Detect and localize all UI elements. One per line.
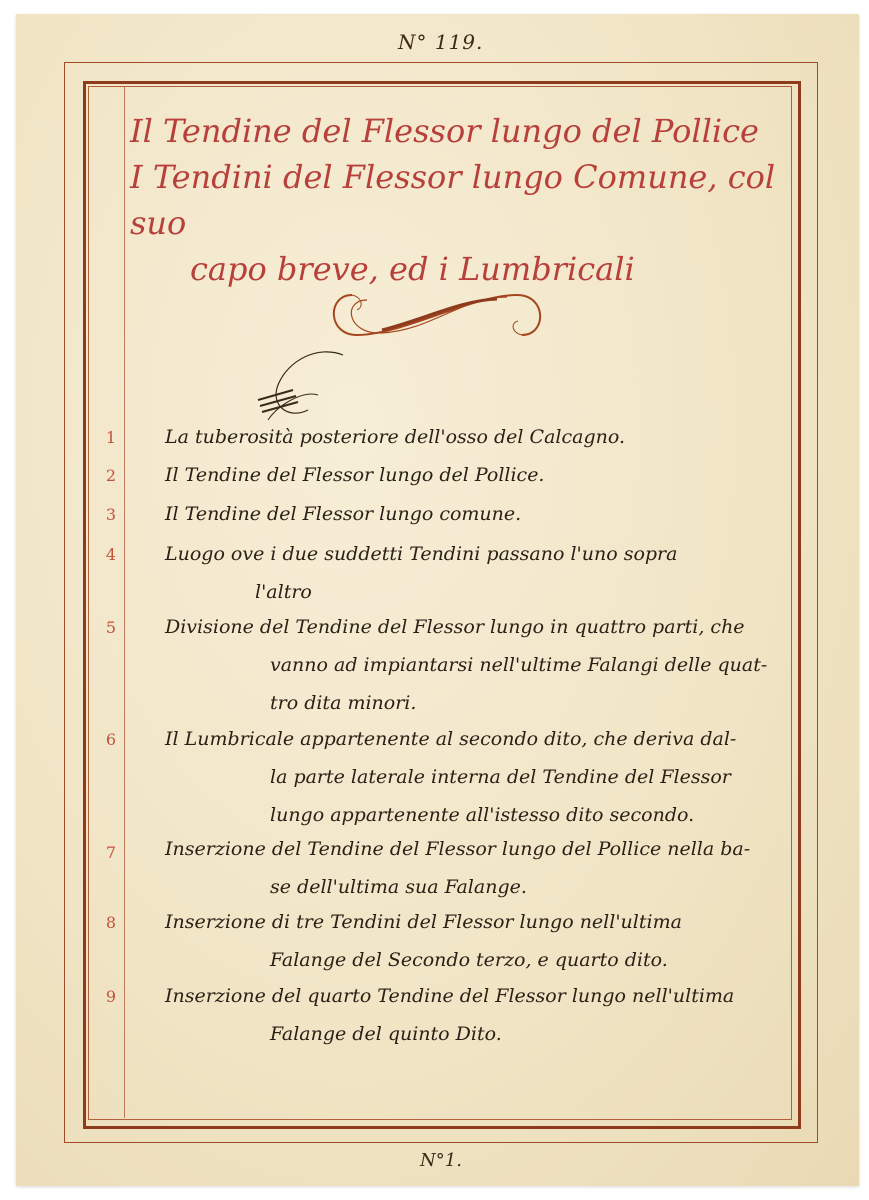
entry-text: Inserzione di tre Tendini del Flessor lu… [165,911,682,933]
entry-number: 7 [100,843,122,862]
list-item: Il Tendine del Flessor lungo del Pollice… [165,456,785,494]
entry-number: 2 [100,466,122,485]
entry-text-continuation: Falange del quinto Dito. [165,1015,785,1053]
entry-text: Luogo ove i due suddetti Tendini passano… [165,543,677,565]
entry-number: 6 [100,730,122,749]
entry-number: 4 [100,545,122,564]
entry-number: 1 [100,428,122,447]
entry-text-continuation: Falange del Secondo terzo, e quarto dito… [165,941,785,979]
entry-text: La tuberosità posteriore dell'osso del C… [165,426,625,448]
entry-text: Il Lumbricale appartenente al secondo di… [165,728,736,750]
margin-rule [124,87,125,1118]
list-item: Inserzione di tre Tendini del Flessor lu… [165,903,785,979]
title-line-2: I Tendini del Flessor lungo Comune, col … [130,154,790,246]
entry-text-continuation: tro dita minori. [165,684,785,722]
entry-text: Divisione del Tendine del Flessor lungo … [165,616,745,638]
entry-text-continuation: l'altro [165,573,785,611]
entry-text: Inserzione del Tendine del Flessor lungo… [165,838,750,860]
list-item: Luogo ove i due suddetti Tendini passano… [165,535,785,611]
list-item: Inserzione del quarto Tendine del Flesso… [165,977,785,1053]
calligraphic-flourish-icon [322,285,552,345]
list-item: Divisione del Tendine del Flessor lungo … [165,608,785,722]
folio-number-bottom: N°1. [420,1150,462,1171]
entry-text-continuation: lungo appartenente all'istesso dito seco… [165,796,785,834]
entry-text-continuation: se dell'ultima sua Falange. [165,868,785,906]
list-item: Inserzione del Tendine del Flessor lungo… [165,830,785,906]
entry-number: 3 [100,505,122,524]
folio-number-top: N° 119. [398,30,483,54]
entry-text: Inserzione del quarto Tendine del Flesso… [165,985,734,1007]
entry-number: 5 [100,618,122,637]
entry-number: 8 [100,913,122,932]
entry-text: Il Tendine del Flessor lungo comune. [165,503,521,525]
list-item: La tuberosità posteriore dell'osso del C… [165,418,785,456]
list-item: Il Lumbricale appartenente al secondo di… [165,720,785,834]
entry-text-continuation: la parte laterale interna del Tendine de… [165,758,785,796]
title-line-1: Il Tendine del Flessor lungo del Pollice [130,108,790,154]
list-item: Il Tendine del Flessor lungo comune. [165,495,785,533]
entry-text: Il Tendine del Flessor lungo del Pollice… [165,464,544,486]
entry-text-continuation: vanno ad impiantarsi nell'ultime Falangi… [165,646,785,684]
page-title: Il Tendine del Flessor lungo del Pollice… [130,108,790,292]
entry-number: 9 [100,987,122,1006]
